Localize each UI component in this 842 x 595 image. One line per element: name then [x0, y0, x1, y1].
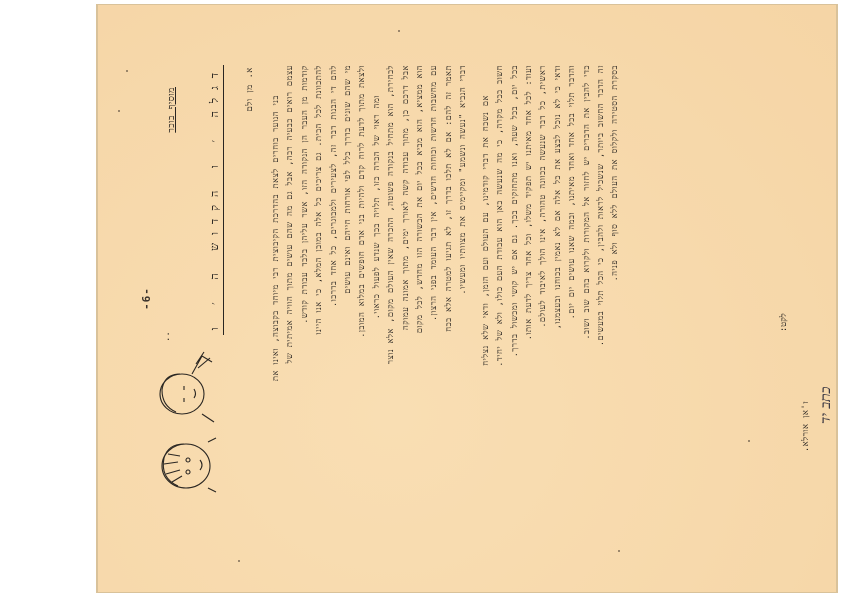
text-line: דברי הנביא "נעשה ונשמע" ומקיימים את מצוו…	[455, 65, 469, 535]
scan-speck	[238, 560, 240, 562]
text-line: בסקרת הסטירה ולקלוס את העולם ללא סוף ולא…	[607, 65, 621, 535]
text-line: תאמר זה להם: אם לא תלכו בדרך זו, לא תגיע…	[441, 65, 455, 535]
handwritten-signature: כתב יד	[818, 387, 835, 424]
scan-speck	[398, 30, 400, 32]
text-line: אבל דרכם כן, מתוך עבודה קשה לאורך ימים, …	[398, 65, 412, 535]
faces-drawing-icon	[156, 346, 218, 506]
text-line: ועוד: לכל אחד מאיתנו יש תפקיד משלו, וכל …	[521, 65, 535, 535]
scan-speck	[126, 70, 128, 72]
compiler-name: ז'אן אורלא.	[800, 401, 811, 452]
text-line: בני הנוער בוחרים לצאת בהדרכת הקיבוצית רב…	[268, 65, 282, 535]
scan-speck	[118, 110, 120, 112]
compiled-by-label: לקט:	[778, 313, 789, 332]
scan-speck	[748, 440, 750, 442]
dedication-line: א. מן ולם	[244, 67, 255, 112]
text-line: הוא ממציא, הוא מביא בכל יום את הבשורה הז…	[412, 65, 426, 535]
text-line: והדבר תלוי בכל אחד ואחד מאיתנו, ובמה שאנ…	[564, 65, 578, 535]
text-line: כדי להבין את הדברים יש לחזור אל המקורות …	[579, 65, 593, 535]
text-line: בכל יום, בכל שעה, ואנו מתחזקים בכך. גם א…	[507, 65, 521, 535]
text-line: ומה ראוי של הכרה כזו, תלויה בכך שנדע לפע…	[369, 65, 383, 535]
text-line: אם נשכח את דברי קודמינו, עם העולם ועם הז…	[478, 65, 492, 535]
text-line: ולצאת מתוך לדעת לרוח קדם ולהיות בני אדם …	[354, 65, 368, 535]
text-line: ראשית, כל דבר שנעשה בכוונה טהורה, אינו ה…	[535, 65, 549, 535]
page-number: -6-	[140, 5, 153, 592]
text-line: להתכוונת לכל הבית. גם צריכים כל אלה במוב…	[311, 65, 325, 535]
title-ornament: ..	[162, 331, 172, 342]
text-line: קודמות מן העבר הן הנקודה הזו, אשר עליהן …	[297, 65, 311, 535]
document-title: דגלה ׳ ו הקדוש ה ׳ ו ש ל ו	[208, 65, 224, 335]
text-line: לבחירת, הוא מתחיל בנקודה פשוטה, ההכרה שא…	[383, 65, 397, 535]
body-text: בני הנוער בוחרים לצאת בהדרכת הקיבוצית רב…	[268, 65, 622, 535]
scanned-page: -6- מוסיף בוכר .. דגלה ׳ ו הקדוש ה ׳ ו ש…	[98, 5, 836, 592]
text-line: זה הדבר החשוב ביותר, שנשכיל לראות ולהבין…	[593, 65, 607, 535]
text-line: עצמם רואים כבעיה רבה, אבל גם מה שהם עושי…	[282, 65, 296, 535]
text-line: ודאי כי לא נוכל לבצע את כל אלה אם לא נאמ…	[550, 65, 564, 535]
text-line: מי שהם שונים בדרך כלל לפי אורחות חייהם ו…	[340, 65, 354, 535]
signature-block: לקט: ז'אן אורלא. כתב יד	[778, 5, 838, 592]
scan-speck	[618, 550, 620, 552]
text-line: להם די הבנות דבר זה, לצעירים ולמבוגרים, …	[326, 65, 340, 535]
text-line: חשוב בכל מקרה, כי מה שנעשה כאן הוא עבודת…	[492, 65, 506, 535]
text-line: עם מחשבות חדשות וכוחות חדשים, אין דבר הע…	[426, 65, 440, 535]
author-name: מוסיף בוכר	[166, 87, 177, 133]
